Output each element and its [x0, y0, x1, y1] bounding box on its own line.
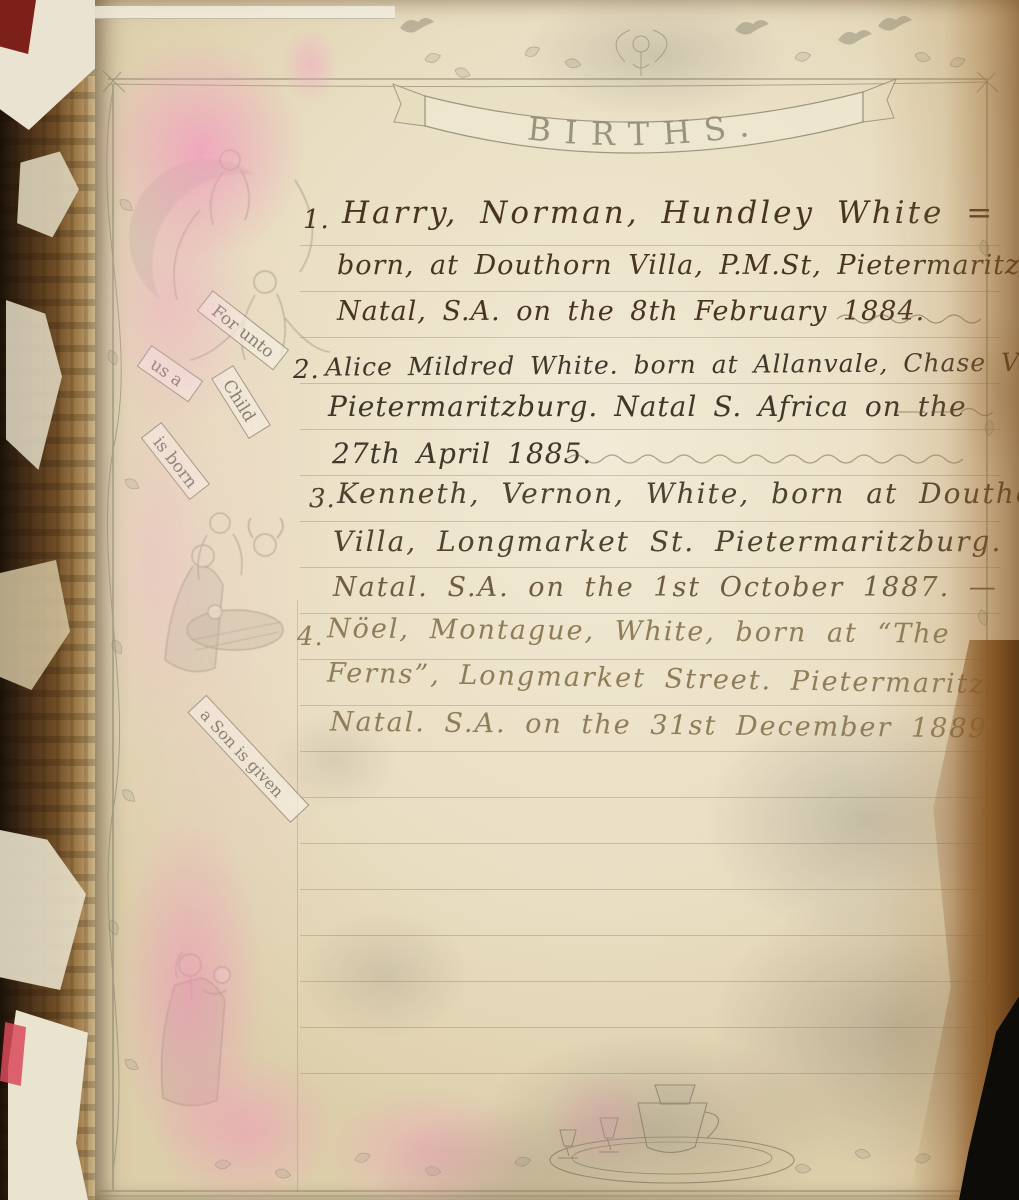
scripture-ribbon: For unto us a Child is born	[137, 291, 288, 500]
book-spine-edge	[0, 0, 100, 1200]
vine-stem	[107, 90, 121, 1170]
dove-icon	[400, 16, 912, 45]
entry-number: 1.	[303, 207, 330, 233]
scroll-ornament	[616, 30, 667, 76]
scanned-register-page: BIRTHS. For unto	[0, 0, 1019, 1200]
ink-flourish	[835, 312, 985, 324]
page-title: BIRTHS.	[526, 104, 765, 153]
entry-line: Villa, Longmarket St. Pietermaritzburg.	[333, 528, 1002, 556]
entry-line: Alice Mildred White. born at Allanvale, …	[325, 349, 1019, 379]
entry-line: 27th April 1885.	[332, 440, 592, 468]
elder-holding-child-icon	[162, 952, 231, 1106]
register-page: BIRTHS. For unto	[95, 0, 1019, 1200]
ink-flourish	[565, 452, 985, 464]
entry-number: 3.	[309, 486, 336, 512]
entry-line: Pietermaritzburg. Natal S. Africa on the	[328, 393, 967, 421]
entry-number: 2.	[293, 357, 320, 383]
entry-line: Nöel, Montague, White, born at “The	[327, 615, 951, 647]
ribbon-text: a Son is given	[196, 705, 287, 801]
title-ribbon: BIRTHS.	[393, 79, 896, 153]
nativity-scene-icon	[165, 513, 283, 672]
entry-line: Natal. S.A. on the 31st December 1889.	[330, 709, 999, 743]
entry-number: 4.	[297, 624, 324, 650]
scripture-ribbon: a Son is given	[188, 695, 309, 822]
christening-cups-icon	[550, 1085, 794, 1183]
entry-line: Kenneth, Vernon, White, born at Douthorn	[337, 480, 1019, 508]
entry-line: born, at Douthorn Villa, P.M.St, Pieterm…	[337, 252, 1019, 279]
ink-flourish	[895, 406, 995, 418]
entry-line: Harry, Norman, Hundley White =	[342, 198, 995, 229]
entry-line: Natal. S.A. on the 1st October 1887. —	[333, 574, 998, 601]
